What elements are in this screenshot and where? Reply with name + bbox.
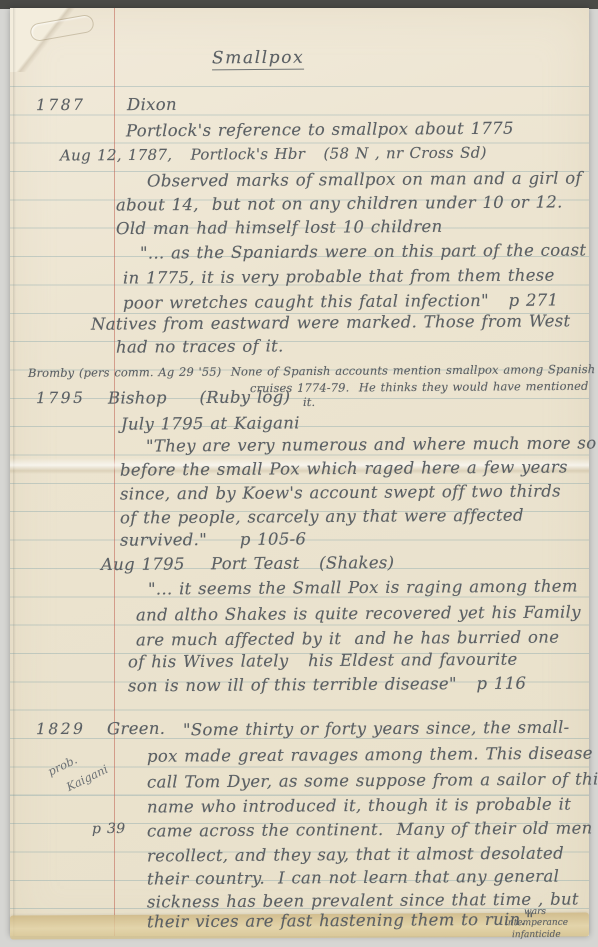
line-portlock-harbour-date: Aug 12, 1787, Portlock's Hbr (58 N , nr … — [60, 143, 487, 166]
line-port-quote-3: are much affected by it and he has burri… — [136, 628, 559, 651]
line-port-quote-1: "... it seems the Small Pox is raging am… — [148, 577, 578, 600]
line-kaigani-quote-4: of the people, scarcely any that were af… — [120, 506, 524, 529]
page-ref-39: p 39 — [92, 819, 126, 839]
line-green-quote-3: call Tom Dyer, as some suppose from a sa… — [147, 769, 598, 792]
annotation-infanticide: infanticide — [512, 925, 561, 945]
line-green: Green. — [107, 719, 165, 739]
line-port-quote-5: son is now ill of this terrible disease"… — [128, 674, 526, 697]
line-natives-marked-1: Natives from eastward were marked. Those… — [91, 311, 571, 334]
line-port-quote-2: and altho Shakes is quite recovered yet … — [136, 602, 581, 625]
line-aug-1795-port: Aug 1795 Port Teast (Shakes) — [101, 553, 395, 575]
line-dixon: Dixon — [127, 95, 177, 115]
line-kaigani-quote-5: survived." p 105-6 — [120, 529, 306, 550]
margin-year-1829: 1829 — [36, 719, 86, 739]
line-spaniards-quote-2: in 1775, it is very probable that from t… — [123, 265, 555, 288]
line-kaigani-quote-3: since, and by Koew's account swept off t… — [120, 481, 561, 504]
line-green-quote-5: came across the continent. Many of their… — [147, 818, 593, 841]
line-bishop-ruby: Bishop (Ruby log) — [108, 387, 290, 408]
margin-note-line-1: prob. — [45, 752, 79, 778]
line-july-1795-kaigani: July 1795 at Kaigani — [121, 413, 300, 434]
line-green-quote-9: their vices are fast hastening them to r… — [147, 910, 534, 933]
line-green-quote-1: "Some thirty or forty years since, the s… — [183, 718, 570, 741]
line-bromby-note-2: cruises 1774-79. He thinks they would ha… — [250, 376, 589, 398]
line-kaigani-quote-2: before the small Pox which raged here a … — [120, 457, 568, 480]
line-kaigani-quote-1: "They are very numerous and where much m… — [146, 433, 597, 456]
line-observed-marks-2: about 14, but not on any children under … — [116, 192, 563, 215]
line-old-man: Old man had himself lost 10 children — [116, 217, 443, 239]
line-green-quote-4: name who introduced it, though it is pro… — [147, 795, 571, 818]
line-spaniards-quote-1: "... as the Spaniards were on this part … — [140, 240, 586, 263]
margin-year-1787: 1787 — [36, 95, 86, 115]
line-green-quote-6: recollect, and they say, that it almost … — [147, 844, 564, 867]
line-bromby-note-3: it. — [303, 392, 315, 412]
line-green-quote-2: pox made great ravages among them. This … — [147, 743, 598, 766]
handwriting-layer: Smallpox 1787 Dixon Portlock's reference… — [0, 0, 598, 947]
margin-year-1795: 1795 — [36, 388, 86, 408]
page-title: Smallpox — [212, 48, 304, 71]
line-observed-marks-1: Observed marks of smallpox on man and a … — [147, 168, 582, 191]
line-port-quote-4: of his Wives lately his Eldest and favou… — [128, 650, 518, 673]
manuscript-scan: Smallpox 1787 Dixon Portlock's reference… — [0, 0, 598, 947]
margin-note-prob-kaigani: prob. Kaigani — [22, 734, 115, 817]
line-green-quote-7: their country. I can not learn that any … — [147, 867, 559, 890]
line-spaniards-quote-3: poor wretches caught this fatal infectio… — [123, 290, 559, 313]
line-portlock-reference: Portlock's reference to smallpox about 1… — [126, 119, 514, 142]
line-natives-marked-2: had no traces of it. — [116, 336, 284, 357]
